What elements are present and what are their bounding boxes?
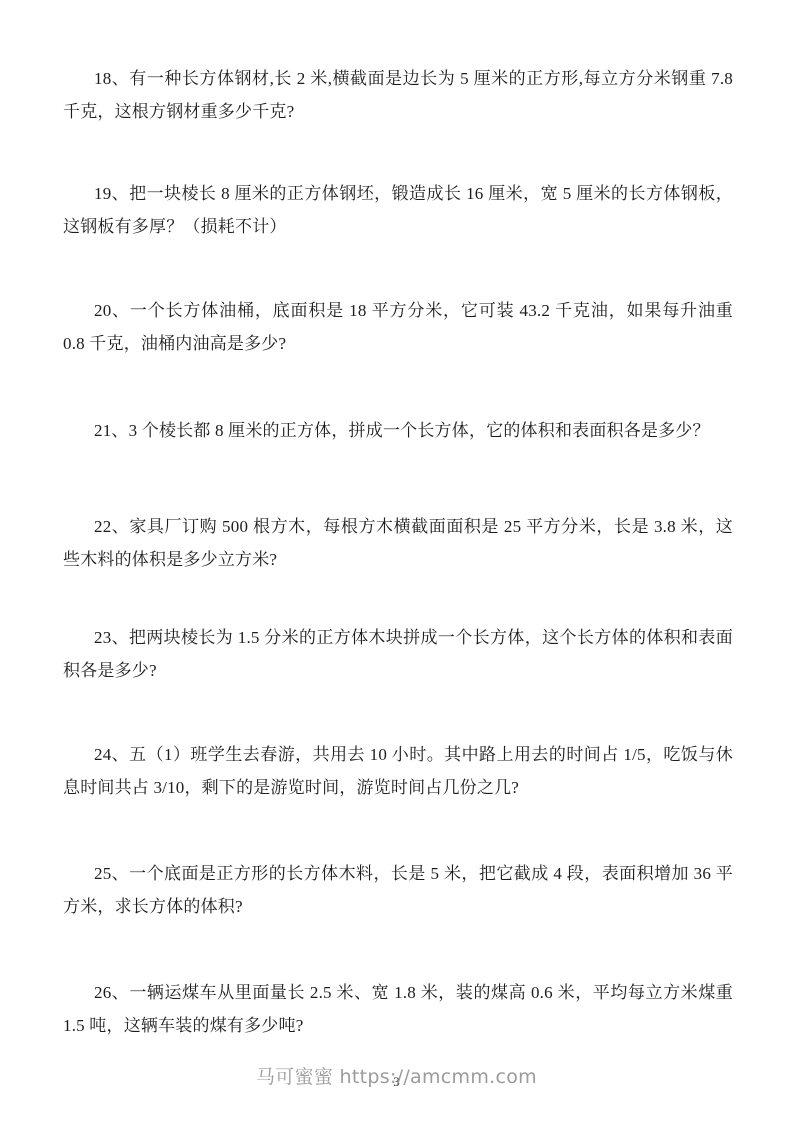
problem-22: 22、家具厂订购 500 根方木，每根方木横截面面积是 25 平方分米，长是 3… [63, 510, 733, 576]
problem-25: 25、一个底面是正方形的长方体木料，长是 5 米，把它截成 4 段，表面积增加 … [63, 857, 733, 923]
problem-24: 24、五（1）班学生去春游，共用去 10 小时。其中路上用去的时间占 1/5，吃… [63, 738, 733, 804]
problem-19: 19、把一块棱长 8 厘米的正方体钢坯，锻造成长 16 厘米，宽 5 厘米的长方… [63, 177, 733, 243]
problem-20: 20、一个长方体油桶，底面积是 18 平方分米，它可装 43.2 千克油，如果每… [63, 294, 733, 360]
worksheet-content: 18、有一种长方体钢材,长 2 米,横截面是边长为 5 厘米的正方形,每立方分米… [0, 0, 793, 1042]
math-worksheet-page: 18、有一种长方体钢材,长 2 米,横截面是边长为 5 厘米的正方形,每立方分米… [0, 0, 793, 1122]
problem-18: 18、有一种长方体钢材,长 2 米,横截面是边长为 5 厘米的正方形,每立方分米… [63, 62, 733, 128]
watermark-text: 马可蜜蜜 https://amcmm.com [0, 1062, 793, 1089]
problem-21: 21、3 个棱长都 8 厘米的正方体，拼成一个长方体，它的体积和表面积各是多少？ [63, 414, 733, 447]
problem-26: 26、一辆运煤车从里面量长 2.5 米、宽 1.8 米，装的煤高 0.6 米，平… [63, 976, 733, 1042]
problem-23: 23、把两块棱长为 1.5 分米的正方体木块拼成一个长方体，这个长方体的体积和表… [63, 621, 733, 687]
